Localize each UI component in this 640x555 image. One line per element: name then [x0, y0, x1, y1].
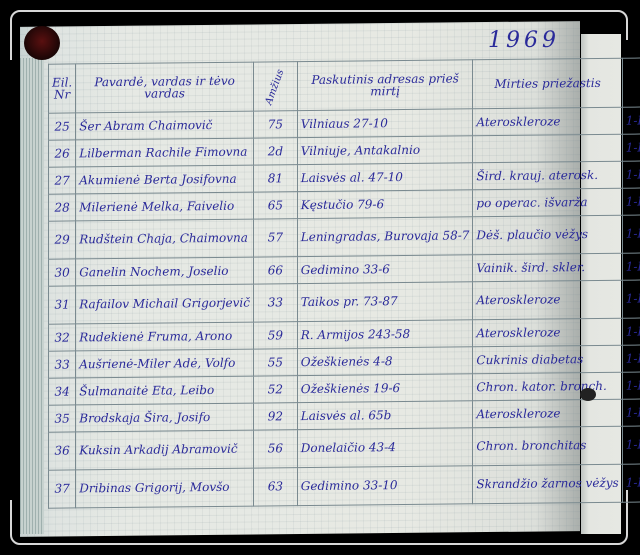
cell-address: Ožeškienės 19-6	[297, 374, 473, 403]
cell-address: Vilniaus 27-10	[297, 109, 473, 138]
col-certificate: Kieno išduotas liud. Nr	[622, 57, 640, 107]
cell-age: 59	[254, 322, 298, 349]
cell-age: 63	[254, 468, 298, 506]
cell-age: 66	[254, 257, 298, 284]
cell-age: 55	[254, 349, 298, 376]
col-age: Amžius	[254, 62, 298, 111]
cell-age: 33	[254, 284, 298, 322]
cell-cause: Ateroskleroze	[473, 280, 622, 320]
cell-nr: 30	[49, 259, 76, 286]
cell-name: Rafailov Michail Grigorjevič	[76, 284, 254, 324]
cell-address: Taikos pr. 73-87	[297, 282, 473, 322]
cell-name: Aušrienė-Miler Adė, Volfo	[76, 349, 254, 378]
cell-name: Akumienė Berta Josifovna	[76, 165, 254, 194]
cell-cause: po operac. išvarža	[473, 188, 622, 217]
cell-nr: 36	[49, 432, 76, 470]
cell-name: Lilberman Rachile Fimovna	[76, 138, 254, 167]
cell-age: 52	[254, 376, 298, 403]
cell-nr: 32	[49, 324, 76, 351]
cell-certificate: 1-ШИО 2702	[622, 187, 640, 215]
cell-cause: Ateroskleroze	[473, 107, 622, 136]
cell-nr: 29	[49, 221, 76, 259]
cell-certificate: 1-ШИО 270	[622, 279, 640, 318]
table-row: 37Dribinas Grigorij, Movšo63Gedimino 33-…	[49, 463, 640, 508]
cell-nr: 33	[49, 351, 76, 378]
table-row: 31Rafailov Michail Grigorjevič33Taikos p…	[49, 279, 640, 324]
cell-name: Brodskaja Šira, Josifo	[76, 403, 254, 432]
cell-address: Gedimino 33-6	[297, 255, 473, 284]
cell-address: Kęstučio 79-6	[297, 190, 473, 219]
cell-nr: 35	[49, 405, 76, 432]
cell-nr: 34	[49, 378, 76, 405]
table-row: 29Rudštein Chaja, Chaimovna57Leningradas…	[49, 214, 640, 259]
cell-address: Leningradas, Burovaja 58-7	[297, 217, 473, 257]
cell-nr: 25	[49, 113, 76, 140]
col-address: Paskutinis adresas prieš mirtį	[297, 60, 473, 111]
cell-name: Kuksin Arkadij Abramovič	[76, 430, 254, 470]
cell-cause: Skrandžio žarnos vėžys	[473, 464, 622, 504]
cell-certificate: 1-ШИО	[622, 252, 640, 280]
cell-age: 65	[254, 192, 298, 219]
cell-cause: Cukrinis diabetas	[473, 345, 622, 374]
cell-name: Dribinas Grigorij, Movšo	[76, 468, 254, 508]
cell-cause: Šird. krauj. aterosk.	[473, 161, 622, 190]
cell-certificate: 1-ШИО 270	[622, 398, 640, 426]
cell-name: Šer Abram Chaimovič	[76, 111, 254, 140]
cell-cause: Chron. bronchitas	[473, 426, 622, 466]
cell-address: Laisvės al. 65b	[297, 401, 473, 430]
cell-cause: Vainik. šird. skler.	[473, 253, 622, 282]
cell-certificate: 1-ШИО 270	[622, 425, 640, 464]
col-cause: Mirties priežastis	[473, 58, 622, 109]
cell-certificate: 1-ШИО 27	[622, 371, 640, 399]
cell-age: 92	[254, 403, 298, 430]
cell-cause: Chron. kator. bronch.	[473, 372, 622, 401]
page-year: 1969	[488, 28, 560, 53]
table-header: Eil. Nr Pavardė, vardas ir tėvo vardas A…	[49, 57, 640, 113]
cell-age: 57	[254, 219, 298, 257]
cell-nr: 28	[49, 194, 76, 221]
cell-name: Ganelin Nochem, Joselio	[76, 257, 254, 286]
table-row: 36Kuksin Arkadij Abramovič56Donelaičio 4…	[49, 425, 640, 470]
cell-certificate: 1-ШИО 2700	[622, 133, 640, 161]
cell-address: R. Armijos 243-58	[297, 320, 473, 349]
cell-address: Gedimino 33-10	[297, 466, 473, 506]
page-binding-edge	[20, 58, 44, 534]
paper-hole	[580, 388, 596, 401]
cell-certificate: 1-ШИО 270	[622, 106, 640, 134]
cell-nr: 37	[49, 470, 76, 508]
cell-certificate: 1-ШИО 2705	[622, 344, 640, 372]
cell-nr: 31	[49, 286, 76, 324]
cell-certificate: 1-ШИО 2705	[622, 317, 640, 345]
cell-nr: 26	[49, 140, 76, 167]
cell-address: Laisvės al. 47-10	[297, 163, 473, 192]
thumb-shadow	[24, 26, 60, 60]
cell-age: 75	[254, 111, 298, 138]
death-register-table: Eil. Nr Pavardė, vardas ir tėvo vardas A…	[48, 56, 640, 508]
cell-age: 2d	[254, 138, 298, 165]
cell-cause: Dėš. plaučio vėžys	[473, 215, 622, 255]
col-name: Pavardė, vardas ir tėvo vardas	[76, 62, 254, 113]
cell-cause: Ateroskleroze	[473, 399, 622, 428]
cell-name: Rudštein Chaja, Chaimovna	[76, 219, 254, 259]
cell-name: Rudekienė Fruma, Arono	[76, 322, 254, 351]
cell-age: 81	[254, 165, 298, 192]
col-nr: Eil. Nr	[49, 64, 76, 113]
cell-address: Vilniuje, Antakalnio	[297, 136, 473, 165]
cell-address: Donelaičio 43-4	[297, 428, 473, 468]
cell-name: Šulmanaitė Eta, Leibo	[76, 376, 254, 405]
cell-age: 56	[254, 430, 298, 468]
cell-nr: 27	[49, 167, 76, 194]
cell-name: Milerienė Melka, Faivelio	[76, 192, 254, 221]
cell-address: Ožeškienės 4-8	[297, 347, 473, 376]
frame-gap	[6, 60, 16, 500]
cell-certificate: 1-ШИО 270	[622, 160, 640, 188]
cell-certificate: 1-ШИО 270	[622, 463, 640, 502]
cell-cause	[473, 134, 622, 163]
cell-cause: Ateroskleroze	[473, 318, 622, 347]
cell-certificate: 1-ШИО 2703	[622, 214, 640, 253]
